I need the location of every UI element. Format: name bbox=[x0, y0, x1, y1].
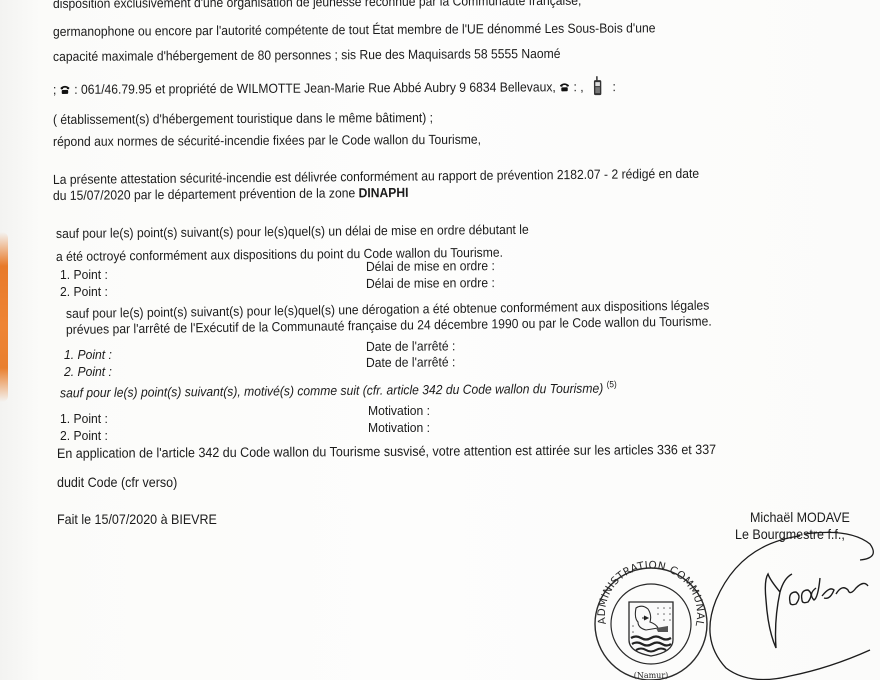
text-etablissement: ( établissement(s) d'hébergement tourist… bbox=[53, 110, 433, 127]
point-label: 1. Point : bbox=[60, 411, 108, 426]
delai-label-2: Délai de mise en ordre : bbox=[366, 275, 506, 291]
phone-number: 061/46.79.95 bbox=[81, 81, 152, 96]
delai-point-1: 1. Point : bbox=[60, 267, 112, 282]
delai-label: Délai de mise en ordre : bbox=[366, 258, 495, 274]
text-signatory-name: Michaël MODAVE bbox=[750, 510, 850, 525]
derogation-label-1: Date de l'arrêté : bbox=[366, 338, 463, 354]
text-line-fait-le: Fait le 15/07/2020 à BIEVRE bbox=[57, 512, 231, 527]
point-label: 2. Point : bbox=[64, 364, 112, 379]
text-repond: répond aux normes de sécurité-incendie f… bbox=[53, 132, 481, 149]
motivation-point-2: 2. Point : bbox=[60, 428, 112, 443]
text-rapport-date: du 15/07/2020 par le département prévent… bbox=[53, 185, 355, 203]
scanned-document-page: disposition exclusivement d'une organisa… bbox=[0, 0, 880, 680]
text-application: En application de l'article 342 du Code … bbox=[57, 442, 716, 461]
point-label: 2. Point : bbox=[60, 428, 108, 443]
delai-label-1: Délai de mise en ordre : bbox=[366, 258, 506, 274]
text-line-dudit-code: dudit Code (cfr verso) bbox=[57, 475, 188, 490]
footnote-ref: (5) bbox=[607, 379, 617, 389]
text-line-owner: ; : 061/46.79.95 et propriété de WILMOTT… bbox=[53, 76, 665, 102]
delai-point-2: 2. Point : bbox=[60, 284, 112, 299]
text-capacity: capacité maximale d'hébergement de 80 pe… bbox=[53, 46, 561, 64]
motivation-label: Motivation : bbox=[368, 403, 430, 418]
stamp-province: (Namur) bbox=[634, 671, 669, 680]
motivation-point-1: 1. Point : bbox=[60, 411, 112, 426]
text-attestation: La présente attestation sécurité-incendi… bbox=[53, 166, 699, 187]
text-line-repond: répond aux normes de sécurité-incendie f… bbox=[53, 132, 518, 149]
date-arrete-label: Date de l'arrêté : bbox=[366, 338, 455, 354]
text-line-etablissement: ( établissement(s) d'hébergement tourist… bbox=[53, 110, 466, 127]
owner-text: et propriété de WILMOTTE Jean-Marie Rue … bbox=[155, 79, 556, 96]
signatory-name: Michaël MODAVE bbox=[750, 510, 859, 525]
text-dudit-code: dudit Code (cfr verso) bbox=[57, 475, 177, 490]
text-germanophone: germanophone ou encore par l'autorité co… bbox=[53, 20, 656, 39]
point-label: 1. Point : bbox=[64, 347, 112, 362]
text-line-application: En application de l'article 342 du Code … bbox=[57, 442, 774, 461]
point-label: 1. Point : bbox=[60, 267, 108, 282]
derogation-label-2: Date de l'arrêté : bbox=[366, 354, 463, 370]
zone-name: DINAPHI bbox=[358, 185, 408, 200]
text-motivation: sauf pour le(s) point(s) suivant(s), mot… bbox=[60, 381, 603, 401]
text-line-capacity: capacité maximale d'hébergement de 80 pe… bbox=[53, 46, 605, 64]
derogation-point-1: 1. Point : bbox=[64, 347, 116, 362]
separator: : bbox=[74, 82, 77, 97]
motivation-label: Motivation : bbox=[368, 420, 430, 435]
text-line-rapport-date: du 15/07/2020 par le département prévent… bbox=[53, 185, 439, 203]
text-line-motivation: sauf pour le(s) point(s) suivant(s), mot… bbox=[60, 379, 665, 401]
text-line-disposition: disposition exclusivement d'une organisa… bbox=[53, 0, 627, 11]
telephone-icon bbox=[60, 83, 71, 98]
motivation-label-2: Motivation : bbox=[368, 420, 435, 435]
delai-label: Délai de mise en ordre : bbox=[366, 275, 495, 291]
text-line-germanophone: germanophone ou encore par l'autorité co… bbox=[53, 20, 708, 39]
point-label: 2. Point : bbox=[60, 284, 108, 299]
orange-highlighter-mark bbox=[0, 232, 8, 402]
text-disposition: disposition exclusivement d'une organisa… bbox=[53, 0, 581, 11]
handwritten-signature bbox=[680, 530, 880, 680]
telephone-icon bbox=[559, 80, 570, 95]
signature-icon bbox=[680, 530, 880, 680]
separator: : bbox=[612, 79, 615, 94]
mobile-phone-icon bbox=[592, 76, 603, 99]
text-line-delai-intro: sauf pour le(s) point(s) suivant(s) pour… bbox=[56, 222, 570, 241]
semicolon: ; bbox=[53, 82, 56, 97]
derogation-point-2: 2. Point : bbox=[64, 364, 116, 379]
motivation-label-1: Motivation : bbox=[368, 403, 435, 418]
separator: : , bbox=[573, 79, 583, 94]
text-line-attestation: La présente attestation sécurité-incendi… bbox=[53, 165, 755, 187]
date-arrete-label: Date de l'arrêté : bbox=[366, 354, 455, 370]
text-delai-intro: sauf pour le(s) point(s) suivant(s) pour… bbox=[56, 222, 529, 241]
text-fait-le: Fait le 15/07/2020 à BIEVRE bbox=[57, 512, 217, 527]
